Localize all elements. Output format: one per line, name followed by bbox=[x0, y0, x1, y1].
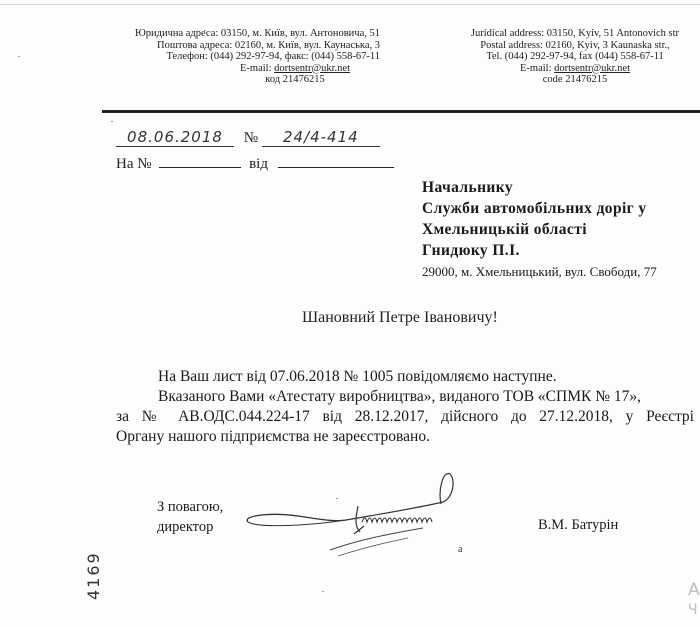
ua-code: код 21476215 bbox=[110, 74, 380, 86]
scan-speck bbox=[336, 498, 338, 499]
en-postal-address: Postal address: 02160, Kyiv, 3 Kaunaska … bbox=[450, 40, 700, 52]
outgoing-number: 24/4-414 bbox=[262, 128, 380, 147]
addressee-block: Начальнику Служби автомобільних доріг у … bbox=[422, 177, 657, 282]
closing-title: директор bbox=[157, 517, 223, 537]
salutation: Шановний Петре Івановичу! bbox=[302, 309, 498, 327]
letterhead-english: Juridical address: 03150, Kyiv, 51 Anton… bbox=[450, 28, 700, 86]
handwritten-signature-icon bbox=[238, 470, 478, 560]
activation-watermark: А Ч bbox=[688, 580, 700, 620]
signature-mark: a bbox=[458, 544, 462, 555]
number-label: № bbox=[244, 130, 258, 146]
en-juridical-address: Juridical address: 03150, Kyiv, 51 Anton… bbox=[450, 28, 700, 40]
addressee-line-3: Хмельницькій області bbox=[422, 219, 657, 240]
body-paragraph-2-line-2: за № АВ.ОДС.044.224-17 від 28.12.2017, д… bbox=[116, 407, 694, 427]
body-paragraph-2-line-1: Вказаного Вами «Атестату виробництва», в… bbox=[116, 387, 694, 407]
reply-reference-row: На № від bbox=[116, 155, 394, 173]
ua-email-label: E-mail: bbox=[240, 63, 274, 74]
ua-email-link[interactable]: dortsentr@ukr.net bbox=[274, 63, 350, 74]
reply-from-label: від bbox=[249, 156, 268, 172]
ua-email-row: E-mail: dortsentr@ukr.net bbox=[110, 63, 380, 75]
body-paragraph-2-line-3: Органу нашого підприємства не зареєстров… bbox=[116, 427, 694, 447]
letter-body: На Ваш лист від 07.06.2018 № 1005 повідо… bbox=[116, 367, 694, 447]
reply-from-blank bbox=[278, 155, 394, 168]
addressee-line-2: Служби автомобільних доріг у bbox=[422, 198, 657, 219]
scan-speck bbox=[18, 56, 20, 57]
addressee-line-1: Начальнику bbox=[422, 177, 657, 198]
watermark-line-2: Ч bbox=[688, 600, 700, 620]
outgoing-date: 08.06.2018 bbox=[116, 128, 234, 147]
reply-to-blank bbox=[159, 155, 241, 168]
en-email-row: E-mail: dortsentr@ukr.net bbox=[450, 63, 700, 75]
scan-speck bbox=[322, 591, 324, 592]
addressee-name: Гнидюку П.І. bbox=[422, 240, 657, 261]
scan-speck bbox=[111, 121, 113, 122]
ua-postal-address: Поштова адреса: 02160, м. Київ, вул. Кау… bbox=[110, 40, 380, 52]
letterhead-divider bbox=[102, 110, 700, 113]
incoming-stamp-number: 4169 bbox=[84, 551, 103, 600]
ua-phone: Телефон: (044) 292-97-94, факс: (044) 55… bbox=[110, 51, 380, 63]
watermark-line-1: А bbox=[688, 580, 700, 600]
addressee-address: 29000, м. Хмельницький, вул. Свободи, 77 bbox=[422, 261, 657, 282]
signer-name: В.М. Батурін bbox=[538, 517, 618, 534]
outgoing-registration-row: 08.06.2018 № 24/4-414 bbox=[116, 128, 380, 147]
reply-to-label: На № bbox=[116, 156, 152, 172]
ua-juridical-address: Юридична адреса: 03150, м. Київ, вул. Ан… bbox=[110, 28, 380, 40]
letterhead-ukrainian: Юридична адреса: 03150, м. Київ, вул. Ан… bbox=[110, 28, 380, 86]
en-email-link[interactable]: dortsentr@ukr.net bbox=[554, 63, 630, 74]
en-code: code 21476215 bbox=[450, 74, 700, 86]
closing-regards: З повагою, bbox=[157, 497, 223, 517]
en-phone: Tel. (044) 292-97-94, fax (044) 558-67-1… bbox=[450, 51, 700, 63]
closing-block: З повагою, директор bbox=[157, 497, 223, 537]
letter-page: Юридична адреса: 03150, м. Київ, вул. Ан… bbox=[0, 0, 700, 627]
scan-speck bbox=[204, 30, 206, 31]
en-email-label: E-mail: bbox=[520, 63, 554, 74]
clipped-top-edge bbox=[0, 0, 700, 5]
body-paragraph-1: На Ваш лист від 07.06.2018 № 1005 повідо… bbox=[116, 367, 694, 387]
